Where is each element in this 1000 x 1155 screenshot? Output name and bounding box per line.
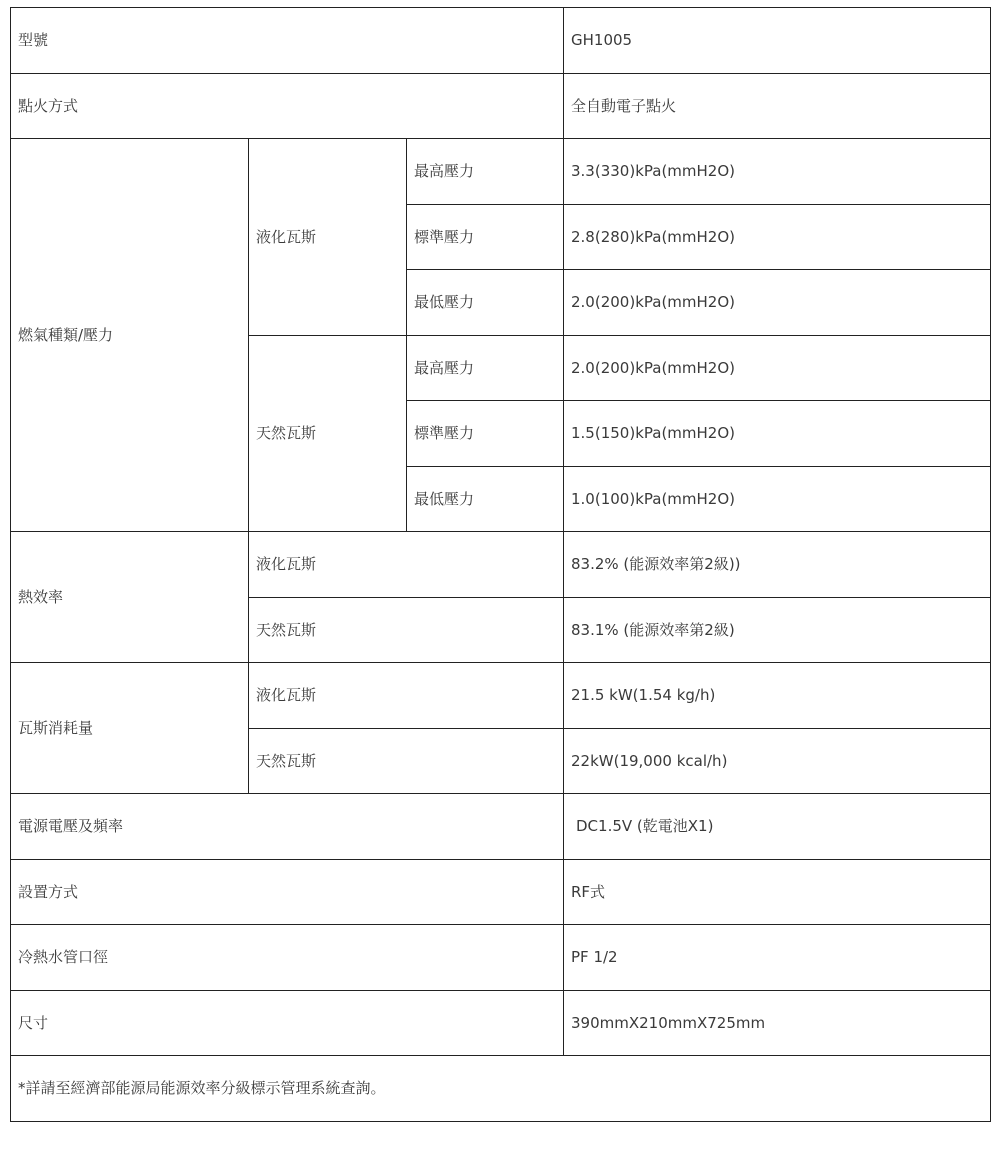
pipe-diameter-label: 冷熱水管口徑 [11,925,564,991]
ignition-value: 全自動電子點火 [564,73,991,139]
pressure-label: 最低壓力 [407,466,564,532]
gas-type-lpg: 液化瓦斯 [249,139,407,336]
dimensions-value: 390mmX210mmX725mm [564,990,991,1056]
pressure-value: 2.0(200)kPa(mmH2O) [564,270,991,336]
pressure-label: 最高壓力 [407,139,564,205]
gas-type-natural: 天然瓦斯 [249,728,564,794]
efficiency-value: 83.1% (能源效率第2級) [564,597,991,663]
gas-pressure-label: 燃氣種類/壓力 [11,139,249,532]
row-footnote: *詳請至經濟部能源局能源效率分級標示管理系統查詢。 [11,1056,991,1122]
row-installation: 設置方式 RF式 [11,859,991,925]
power-value: DC1.5V (乾電池X1) [564,794,991,860]
gas-type-lpg: 液化瓦斯 [249,663,564,729]
pressure-value: 1.5(150)kPa(mmH2O) [564,401,991,467]
pressure-value: 2.0(200)kPa(mmH2O) [564,335,991,401]
ignition-label: 點火方式 [11,73,564,139]
consumption-value: 22kW(19,000 kcal/h) [564,728,991,794]
gas-type-natural: 天然瓦斯 [249,597,564,663]
pressure-label: 標準壓力 [407,204,564,270]
pressure-label: 最高壓力 [407,335,564,401]
row-efficiency-lpg: 熱效率 液化瓦斯 83.2% (能源效率第2級)) [11,532,991,598]
dimensions-label: 尺寸 [11,990,564,1056]
pressure-label: 最低壓力 [407,270,564,336]
efficiency-label: 熱效率 [11,532,249,663]
pipe-diameter-value: PF 1/2 [564,925,991,991]
pressure-value: 3.3(330)kPa(mmH2O) [564,139,991,205]
power-label: 電源電壓及頻率 [11,794,564,860]
row-ignition: 點火方式 全自動電子點火 [11,73,991,139]
row-consumption-lpg: 瓦斯消耗量 液化瓦斯 21.5 kW(1.54 kg/h) [11,663,991,729]
pressure-value: 2.8(280)kPa(mmH2O) [564,204,991,270]
row-model: 型號 GH1005 [11,8,991,74]
row-pipe-diameter: 冷熱水管口徑 PF 1/2 [11,925,991,991]
consumption-label: 瓦斯消耗量 [11,663,249,794]
pressure-label: 標準壓力 [407,401,564,467]
row-gas-pressure-lpg-max: 燃氣種類/壓力 液化瓦斯 最高壓力 3.3(330)kPa(mmH2O) [11,139,991,205]
gas-type-lpg: 液化瓦斯 [249,532,564,598]
consumption-value: 21.5 kW(1.54 kg/h) [564,663,991,729]
row-power: 電源電壓及頻率 DC1.5V (乾電池X1) [11,794,991,860]
spec-table: 型號 GH1005 點火方式 全自動電子點火 燃氣種類/壓力 液化瓦斯 最高壓力… [10,7,991,1122]
footnote: *詳請至經濟部能源局能源效率分級標示管理系統查詢。 [11,1056,991,1122]
pressure-value: 1.0(100)kPa(mmH2O) [564,466,991,532]
installation-value: RF式 [564,859,991,925]
installation-label: 設置方式 [11,859,564,925]
efficiency-value: 83.2% (能源效率第2級)) [564,532,991,598]
gas-type-natural: 天然瓦斯 [249,335,407,532]
model-label: 型號 [11,8,564,74]
row-dimensions: 尺寸 390mmX210mmX725mm [11,990,991,1056]
model-value: GH1005 [564,8,991,74]
